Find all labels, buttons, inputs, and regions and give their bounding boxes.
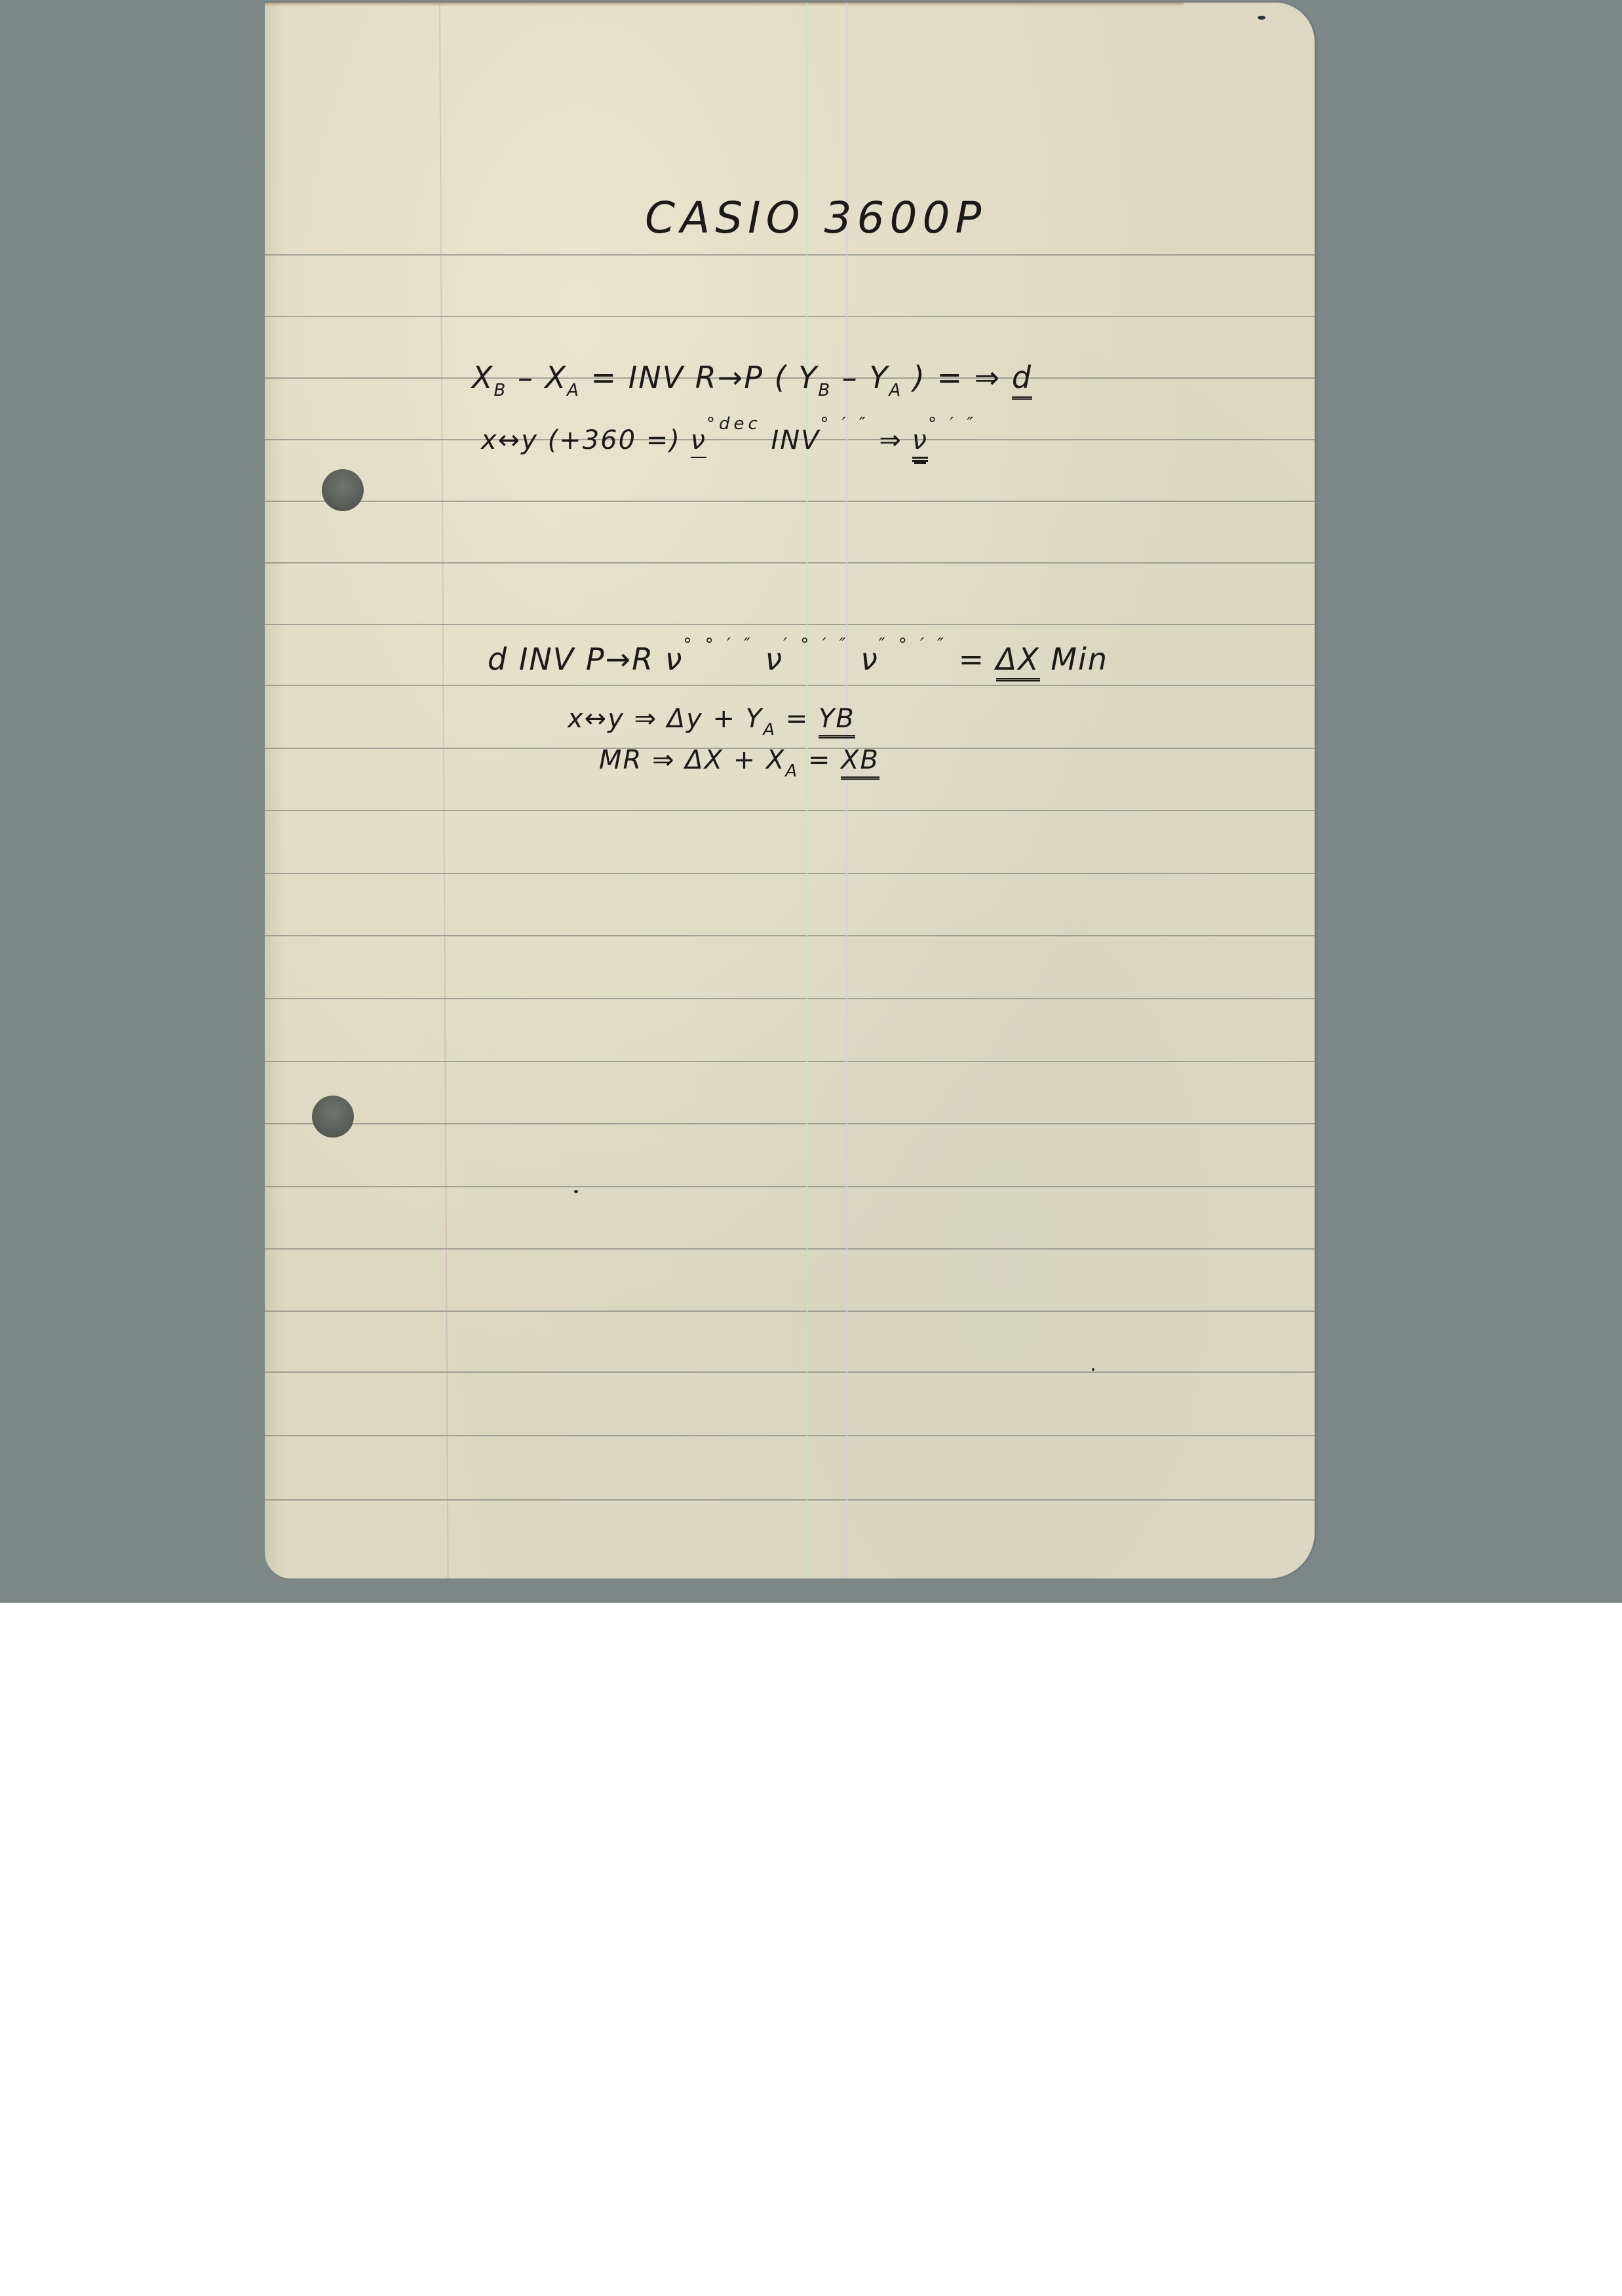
- subscript: A: [889, 381, 902, 400]
- ruled-line: [265, 562, 1315, 564]
- ruled-line: [265, 935, 1315, 936]
- equation-line-2: x↔y (+360 =) ν°dec INV° ′ ″ ⇒ ν° ′ ″: [481, 425, 977, 455]
- ruled-line: [265, 1186, 1315, 1187]
- text-run: ν: [850, 641, 879, 677]
- text-run: = INV R→P ( Y: [580, 360, 818, 395]
- text-run: – X: [507, 360, 567, 395]
- double-underlined-result: d: [1012, 360, 1032, 400]
- text-run: X: [472, 360, 494, 395]
- underlined-term: ν: [691, 425, 706, 458]
- text-run: x↔y ⇒ Δy + Y: [568, 704, 763, 734]
- double-underlined-result: ΔX: [996, 641, 1040, 681]
- ruled-line: [265, 1435, 1315, 1436]
- text-run: MR ⇒ ΔX + X: [599, 745, 785, 775]
- superscript: ° ° ′ ″: [683, 635, 754, 655]
- notebook-page: CASIO 3600P XB – XA = INV R→P ( YB – YA …: [265, 3, 1315, 1578]
- text-run: Min: [1040, 641, 1108, 677]
- ruled-line: [265, 1311, 1315, 1312]
- subscript: B: [494, 381, 507, 400]
- ruled-line: [265, 998, 1315, 999]
- ruled-line: [265, 1123, 1315, 1124]
- ruled-line: [265, 810, 1315, 811]
- text-run: INV: [762, 425, 821, 455]
- text-run: ) = ⇒: [902, 360, 1012, 395]
- equation-line-5: MR ⇒ ΔX + XA = XB: [599, 745, 879, 775]
- text-run: =: [798, 745, 841, 775]
- ruled-line: [265, 1371, 1315, 1373]
- ruled-line: [265, 254, 1315, 256]
- superscript: ° ′ ″: [928, 414, 977, 434]
- ruled-line: [265, 316, 1315, 317]
- subscript: A: [785, 761, 798, 781]
- text-run: – Y: [831, 360, 889, 395]
- triple-underlined-result: ν: [912, 425, 928, 462]
- ink-speck: [1092, 1368, 1094, 1371]
- text-run: ν: [754, 641, 783, 677]
- subscript: A: [763, 720, 776, 740]
- text-run: x↔y (+360 =): [481, 425, 691, 455]
- ruled-line: [265, 501, 1315, 502]
- equation-line-4: x↔y ⇒ Δy + YA = YB: [568, 704, 855, 734]
- ruled-line: [265, 873, 1315, 874]
- ruled-line: [265, 1499, 1315, 1501]
- page-title: CASIO 3600P: [645, 193, 986, 243]
- text-run: ⇒: [870, 425, 912, 455]
- ink-mark: [1258, 16, 1265, 20]
- ruled-line: [265, 1248, 1315, 1250]
- subscript: A: [567, 381, 580, 400]
- double-underlined-result: YB: [819, 704, 855, 738]
- text-run: =: [776, 704, 819, 734]
- punch-hole-icon: [312, 1096, 354, 1138]
- superscript: ′ ° ′ ″: [783, 635, 849, 655]
- equation-line-3: d INV P→R ν° ° ′ ″ ν′ ° ′ ″ ν″ ° ′ ″ = Δ…: [488, 641, 1108, 677]
- text-run: d INV P→R ν: [488, 641, 683, 677]
- superscript: ″ ° ′ ″: [879, 635, 948, 655]
- text-run: =: [948, 641, 996, 677]
- punch-hole-icon: [322, 469, 364, 511]
- ruled-line: [265, 685, 1315, 686]
- margin-line: [439, 3, 449, 1578]
- ruled-line: [265, 624, 1315, 625]
- double-underlined-result: XB: [841, 745, 879, 780]
- subscript: B: [818, 381, 831, 400]
- superscript: ° ′ ″: [821, 414, 870, 434]
- ruled-line: [265, 1061, 1315, 1062]
- superscript: °dec: [706, 414, 762, 434]
- ink-speck: [574, 1190, 578, 1193]
- page-top-edge-stain: [265, 3, 1184, 7]
- equation-line-1: XB – XA = INV R→P ( YB – YA ) = ⇒ d: [472, 360, 1032, 395]
